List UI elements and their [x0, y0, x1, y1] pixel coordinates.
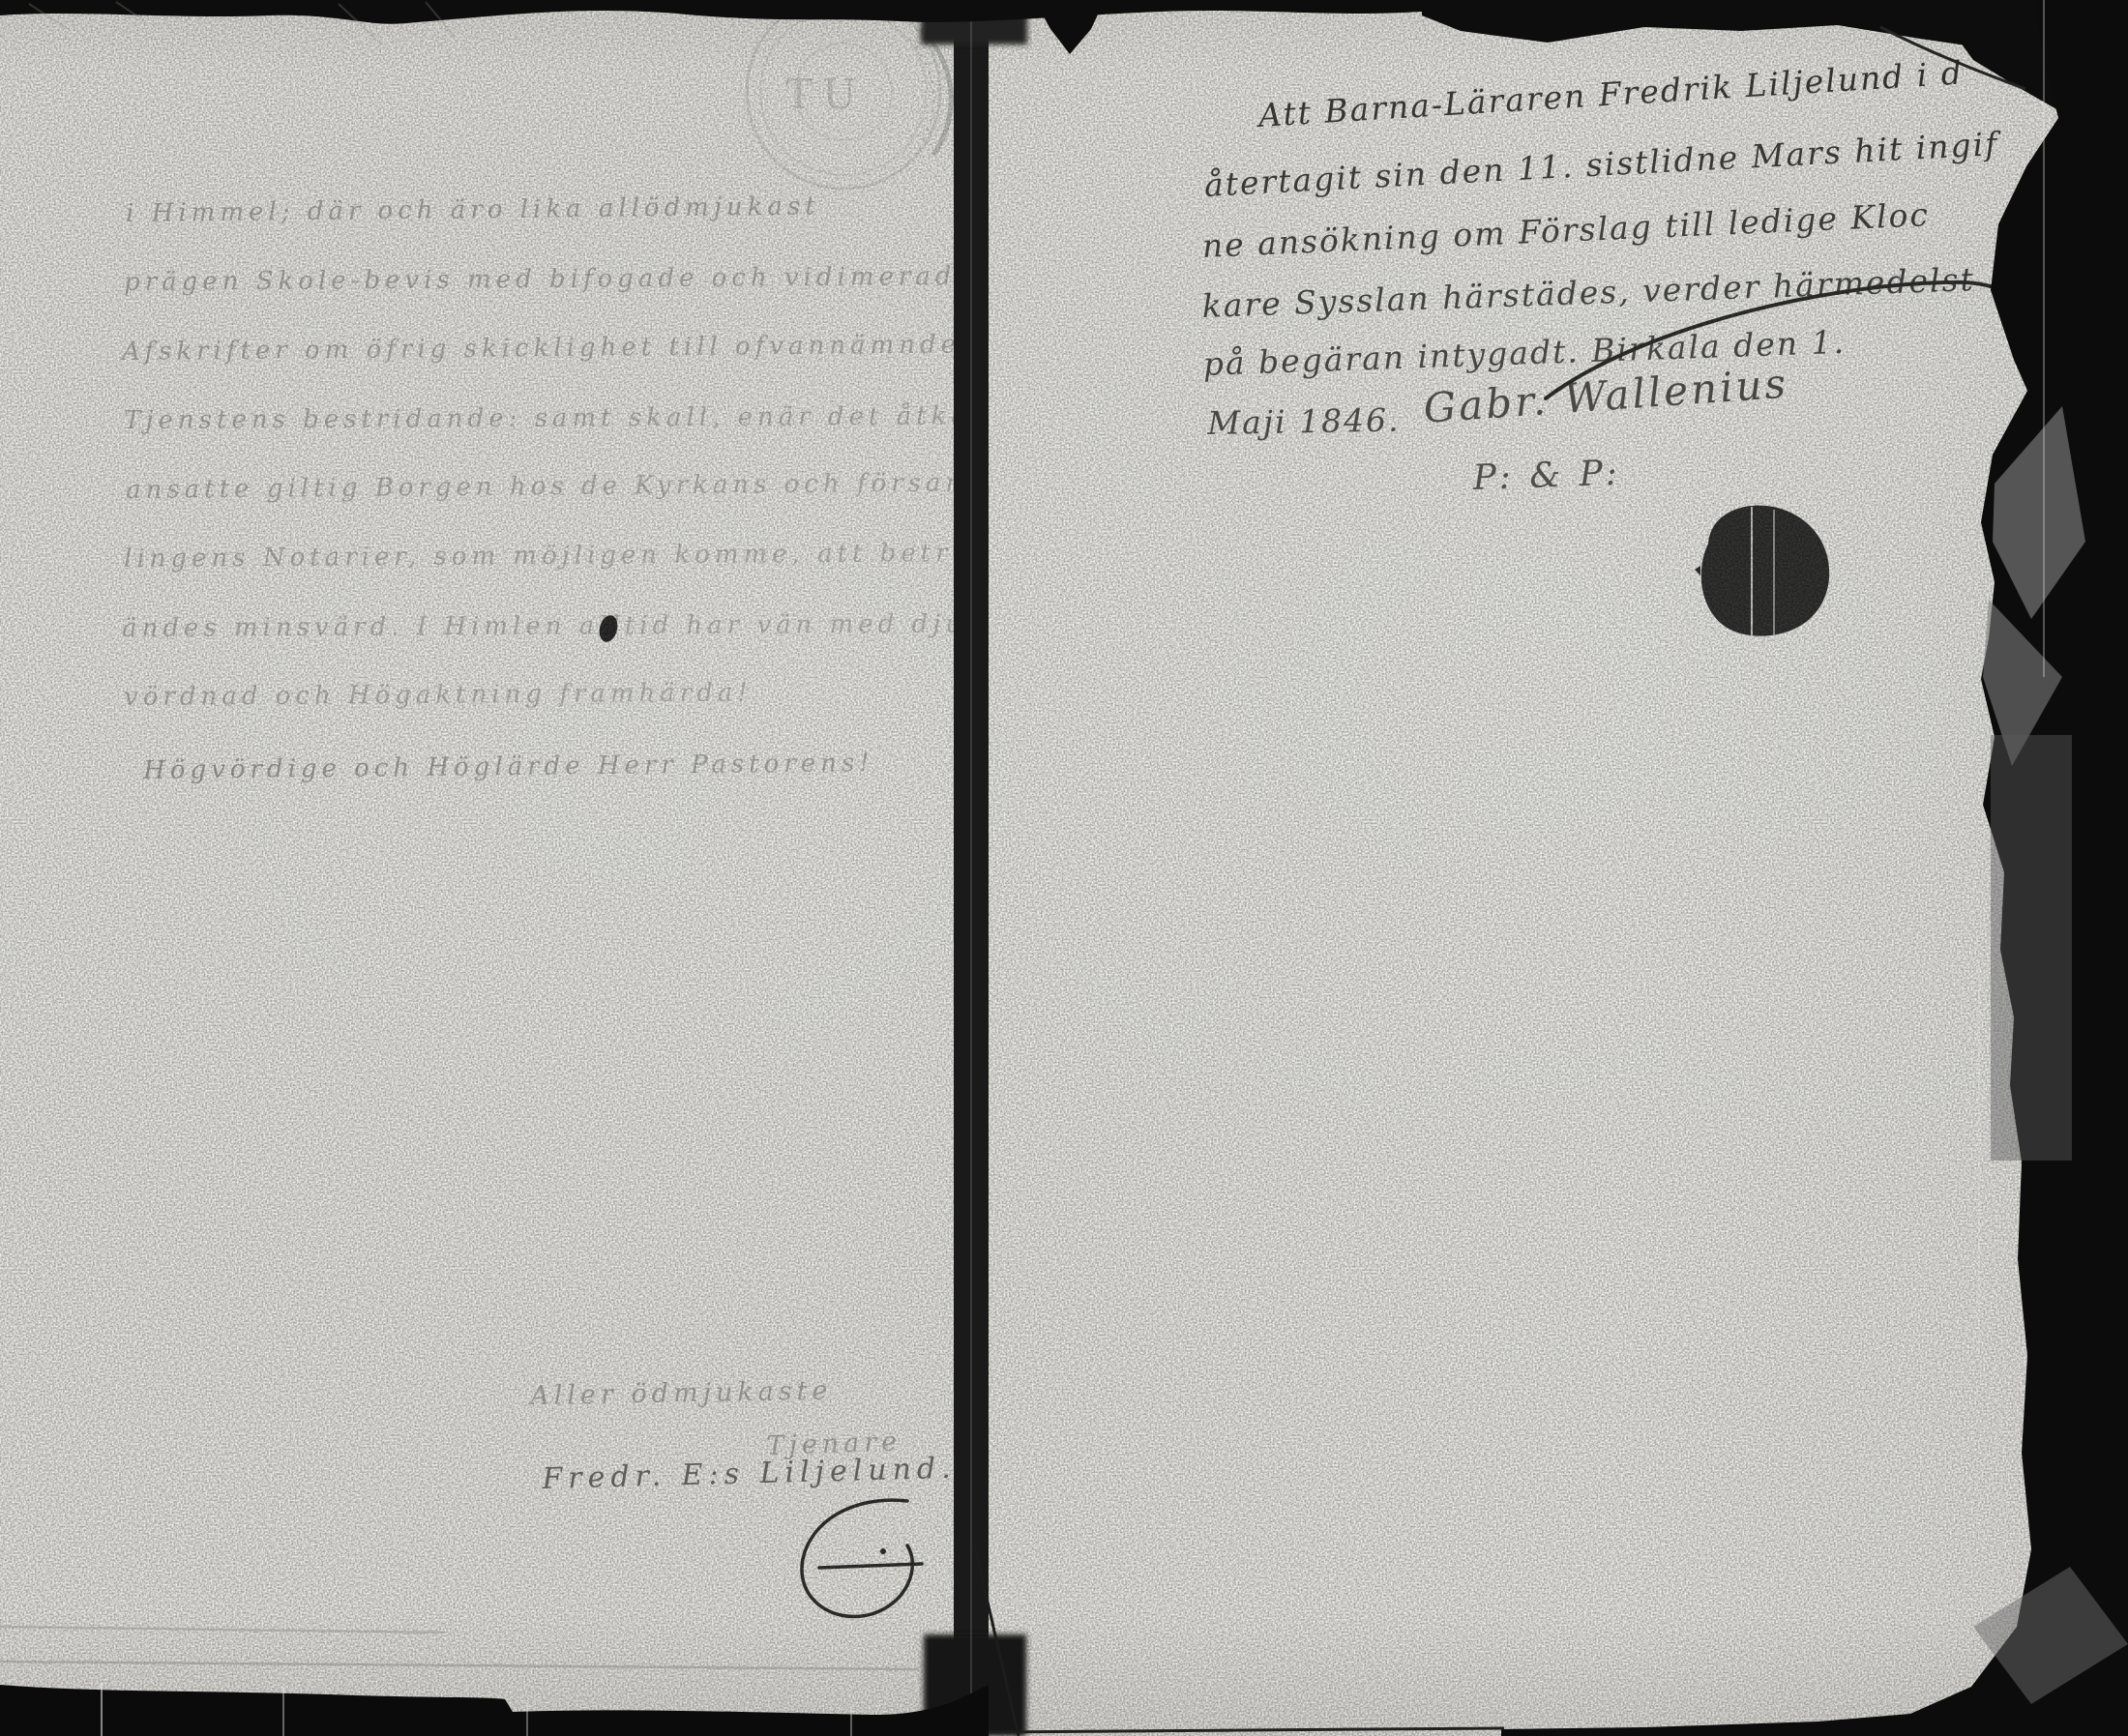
- handwritten-line: Afskrifter om öfrig skicklighet till ofv…: [122, 330, 961, 367]
- handwritten-line: lingens Notarier, som möjligen komme, at…: [124, 539, 990, 574]
- handwritten-line: ne ansökning om Förslag till ledige Kloc: [1201, 195, 1931, 265]
- sender-signature: Fredr. E:s Liljelund.: [542, 1452, 957, 1496]
- right-page: Att Barna-Läraren Fredrik Liljelund i d …: [989, 0, 2128, 1736]
- handwritten-line: i Himmel; där och äro lika allödmjukast: [126, 191, 820, 228]
- left-page: i Himmel; där och äro lika allödmjukast …: [0, 0, 954, 1736]
- signature-title: P: & P:: [1472, 454, 1621, 498]
- handwritten-line: prägen Skole-bevis med bifogade och vidi…: [124, 262, 976, 297]
- handwritten-line: vördnad och Högaktning framhärda!: [124, 678, 753, 712]
- handwritten-line: ansatte giltig Borgen hos de Kyrkans och…: [126, 468, 988, 505]
- handwritten-line: Maji 1846.: [1207, 401, 1401, 442]
- handwritten-line: ändes minsvärd. I Himlen alltid har vän …: [122, 609, 988, 643]
- handwritten-line: kare Sysslan härstädes, verder härmedels…: [1201, 260, 1975, 325]
- handwritten-line: återtagit sin den 11. sistlidne Mars hit…: [1203, 125, 1999, 204]
- closing-line: Aller ödmjukaste: [530, 1376, 833, 1411]
- handwritten-line: Att Barna-Läraren Fredrik Liljelund i d: [1257, 53, 1965, 133]
- salutation-line: Högvördige och Höglärde Herr Pastorens!: [143, 749, 874, 785]
- document-scan: i Himmel; där och äro lika allödmjukast …: [0, 0, 2128, 1736]
- handwritten-line: Tjenstens bestridande: samt skall, enär …: [124, 401, 1002, 435]
